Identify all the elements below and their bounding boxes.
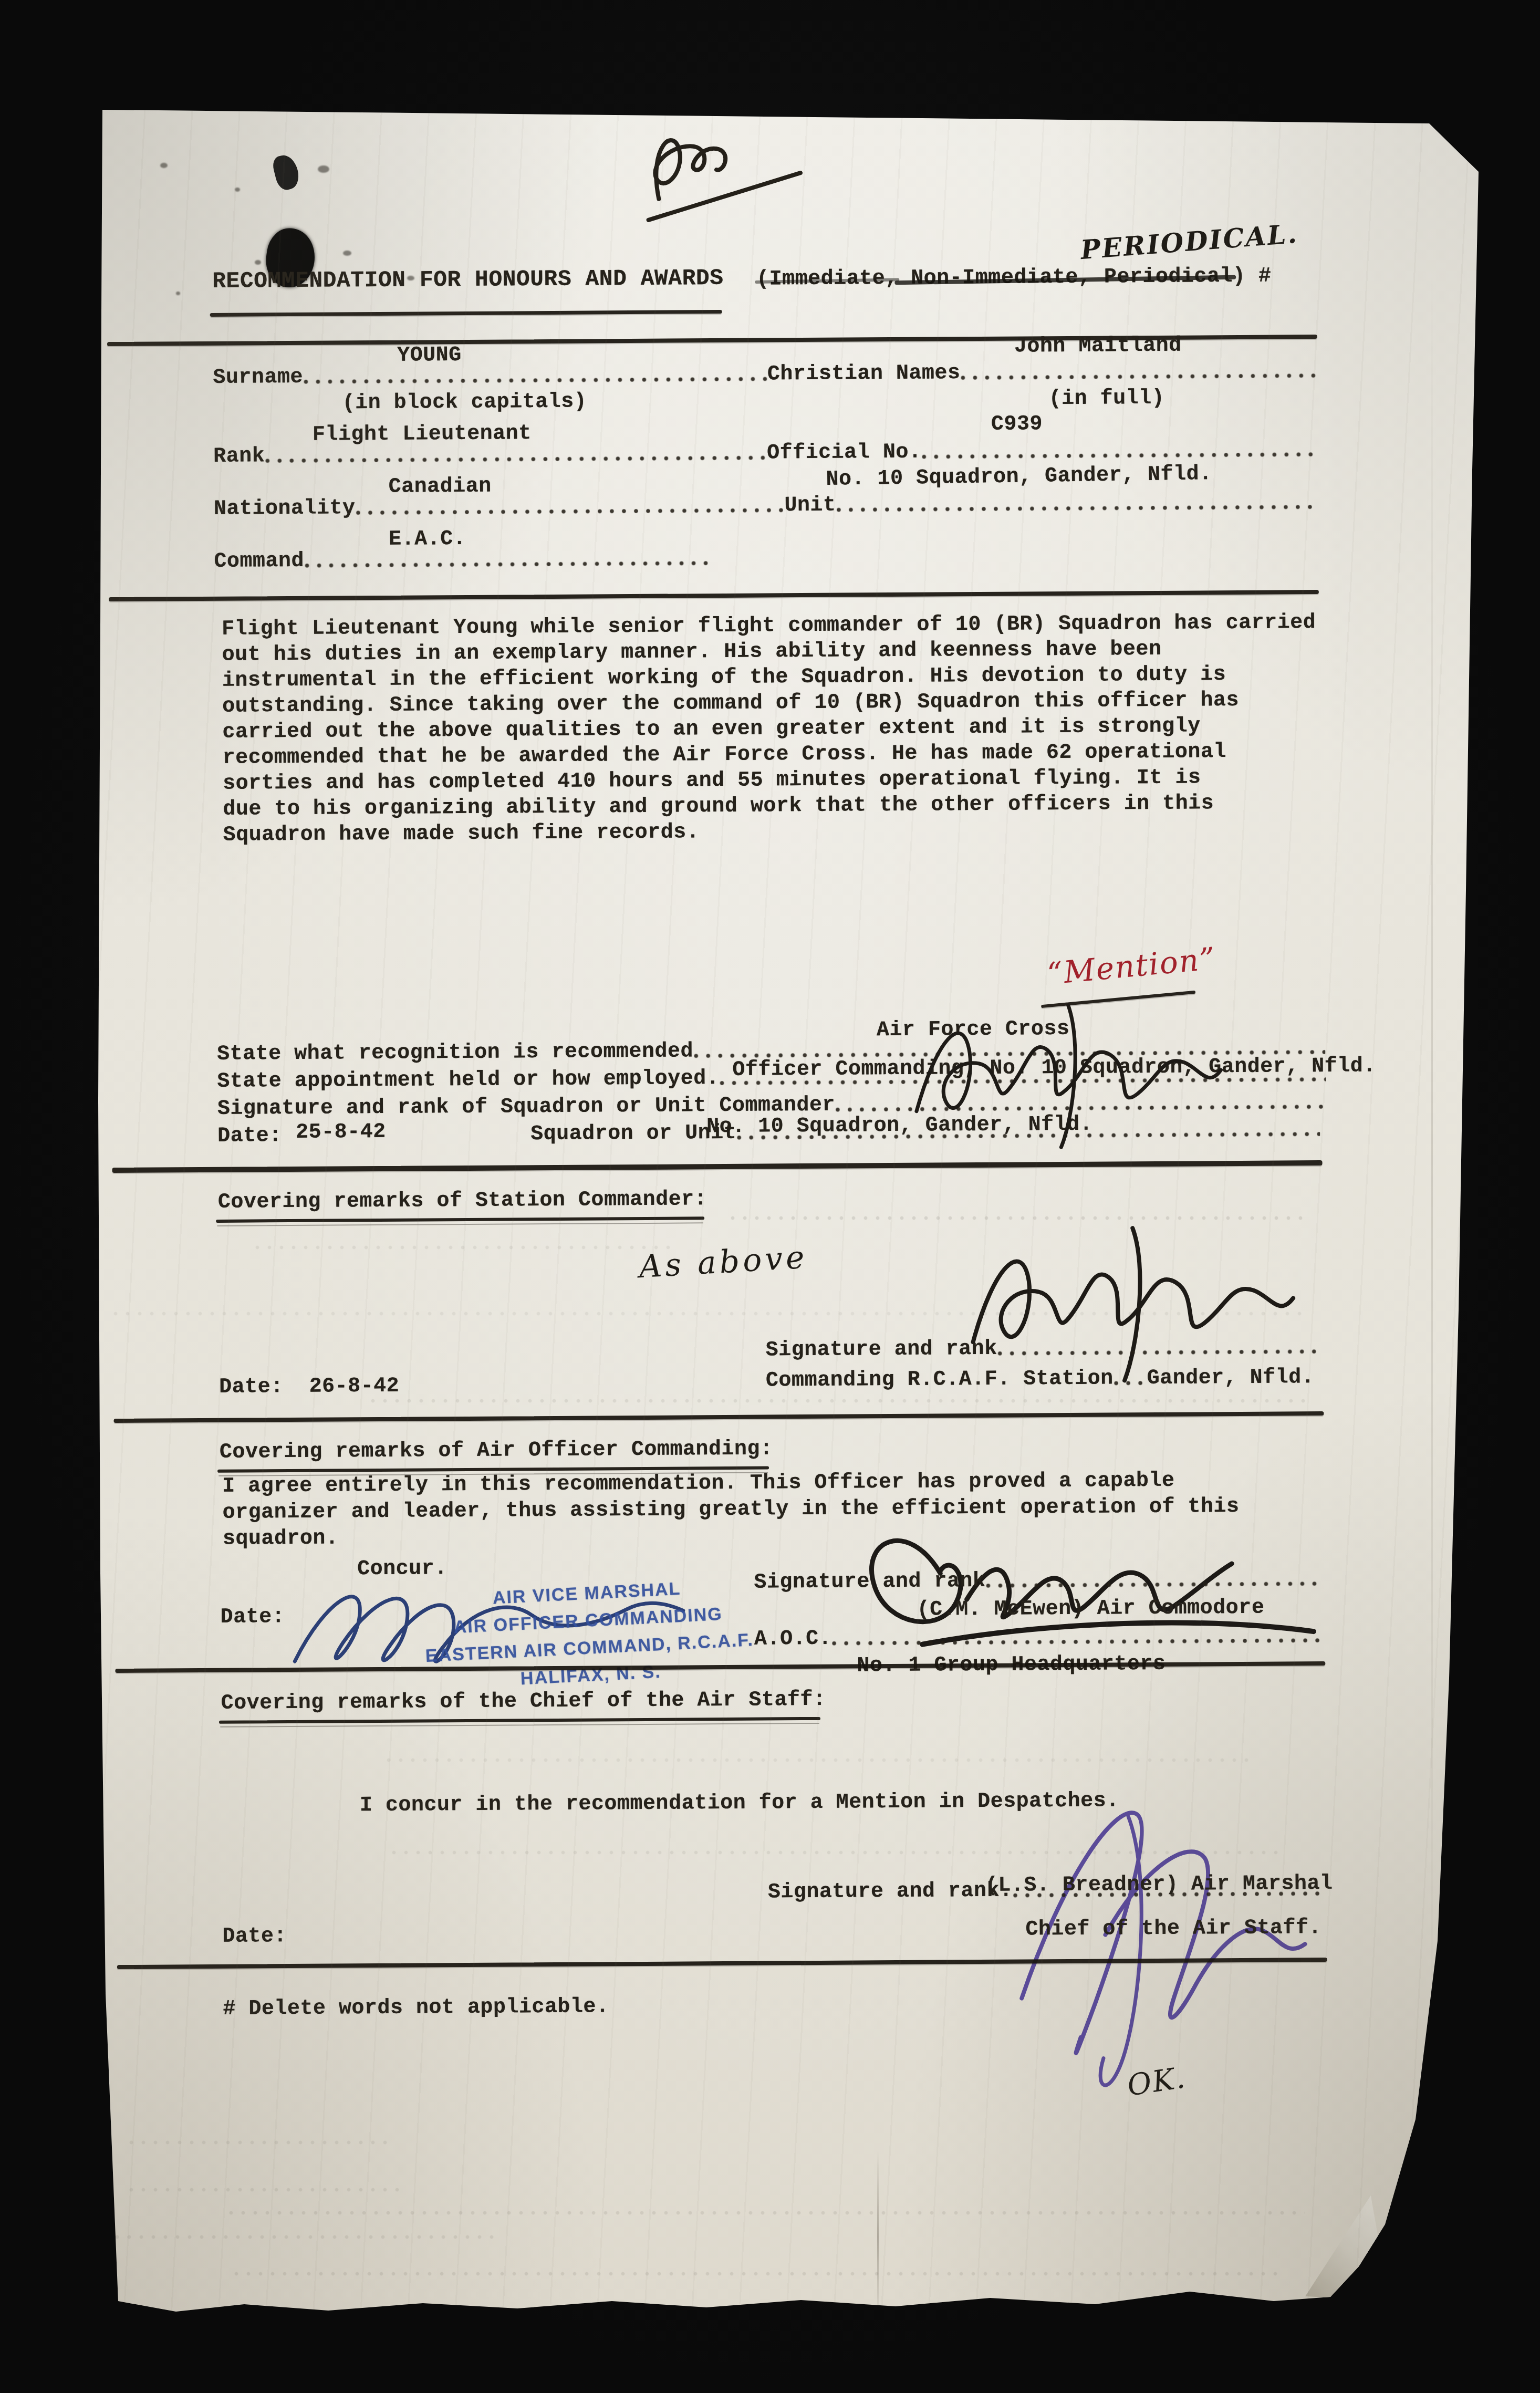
periodical-handwritten: PERIODICAL. [1079, 218, 1299, 265]
as-above-handwritten: As above [638, 1239, 808, 1286]
christian-names-value: John Maitland [1014, 334, 1182, 360]
official-no-value: C939 [991, 412, 1043, 438]
station-commanding-value: Gander, Nfld. [1147, 1366, 1315, 1390]
scanned-document-page: { "document": { "handwritten": { "ops_ma… [0, 0, 1540, 2393]
unit-label: Unit [784, 494, 836, 518]
cas-signature-label: Signature and rank. [768, 1879, 1013, 1905]
appointment-label: State appointment held or how employed. [217, 1067, 719, 1094]
recognition-unit-label: Squadron or Unit [530, 1121, 736, 1146]
station-signature-row: Signature and rank [766, 1335, 1322, 1363]
command-label: Command [214, 549, 304, 574]
station-date-value: 26-8-42 [309, 1375, 400, 1399]
station-commanding-label: Commanding R.C.A.F. Station [766, 1367, 1114, 1392]
surname-note: (in block capitals) [342, 390, 587, 417]
recognition-date-label: Date: [217, 1123, 282, 1149]
footnote: # Delete words not applicable. [223, 1994, 609, 2022]
dotted-leader [304, 549, 710, 569]
station-date-row: Date: 26-8-42 [219, 1374, 399, 1400]
section-divider [112, 1160, 1323, 1173]
nationality-row: NationalityUnit [214, 490, 1316, 522]
surname-value: YOUNG [397, 343, 462, 369]
qualifier-struck-words: Non-Immediate, Periodical [898, 265, 1233, 290]
official-no-label: Official No. [767, 441, 921, 465]
section-divider [113, 1411, 1324, 1423]
station-commander-signature [959, 1209, 1307, 1389]
form-content: RECOMMENDATION FOR HONOURS AND AWARDS (I… [96, 94, 1491, 2324]
nationality-value: Canadian [389, 474, 492, 500]
dotted-leader [960, 361, 1317, 381]
christian-names-note: (in full) [1049, 386, 1165, 412]
cas-signer: (L.S. Breadner) Air Marshal [985, 1871, 1333, 1899]
rank-label: Rank [213, 444, 265, 469]
section-divider [109, 590, 1319, 601]
recommended-label: State what recognition is recommended [217, 1039, 693, 1066]
station-commanding-row: Commanding R.C.A.F. StationGander, Nfld. [766, 1365, 1314, 1393]
title-underline [210, 310, 722, 317]
dotted-leader [831, 1626, 1320, 1647]
nationality-label: Nationality [214, 496, 356, 521]
qualifier-immediate: (Immediate, [756, 267, 898, 292]
dotted-leader [836, 493, 1316, 514]
aoc-signer: (C.M. McEwen) Air Commodore [917, 1596, 1265, 1623]
cas-date-label: Date: [222, 1924, 287, 1950]
dotted-leader [997, 1337, 1322, 1357]
dotted-leader [1114, 1369, 1147, 1387]
eastern-air-command-stamp: AIR VICE MARSHAL AIR OFFICER COMMANDING … [408, 1571, 770, 1698]
aoc-label: A.O.C. [754, 1627, 831, 1651]
station-signature-label: Signature and rank [766, 1337, 997, 1362]
cas-heading: Covering remarks of the Chief of the Air… [221, 1688, 826, 1716]
paper-sheet: RECOMMENDATION FOR HONOURS AND AWARDS (I… [97, 102, 1479, 2324]
aoc-heading: Covering remarks of Air Officer Commandi… [220, 1437, 773, 1465]
form-qualifier: (Immediate, Non-Immediate, Periodical) # [756, 264, 1271, 293]
rank-value: Flight Lieutenant [313, 421, 532, 448]
surname-label: Surname [213, 366, 303, 390]
cas-role: Chief of the Air Staff. [1025, 1916, 1322, 1942]
unit-value: No. 10 Squadron, Gander, Nfld. [826, 462, 1212, 493]
station-date-label: Date: [219, 1375, 284, 1399]
christian-names-label: Christian Names [767, 361, 961, 386]
squadron-commander-signature [905, 983, 1232, 1159]
qualifier-close: ) # [1233, 265, 1272, 288]
aoc-signature-row: Signature and rank [754, 1567, 1323, 1596]
station-heading-underline [216, 1216, 704, 1223]
command-value: E.A.C. [389, 527, 466, 553]
ops-handwritten-mark [627, 114, 816, 231]
form-title: RECOMMENDATION FOR HONOURS AND AWARDS [212, 266, 724, 294]
station-heading: Covering remarks of Station Commander: [218, 1187, 707, 1215]
aoc-date-label: Date: [221, 1605, 285, 1630]
dotted-leader [985, 1569, 1323, 1589]
aoc-signature-label: Signature and rank [754, 1569, 985, 1595]
recognition-date-value: 25-8-42 [296, 1120, 386, 1146]
aoc-label-row: A.O.C. [754, 1624, 1320, 1652]
citation-paragraph: Flight Lieutenant Young while senior fli… [222, 610, 1321, 848]
dotted-leader [303, 365, 767, 385]
dotted-leader [921, 440, 1316, 461]
